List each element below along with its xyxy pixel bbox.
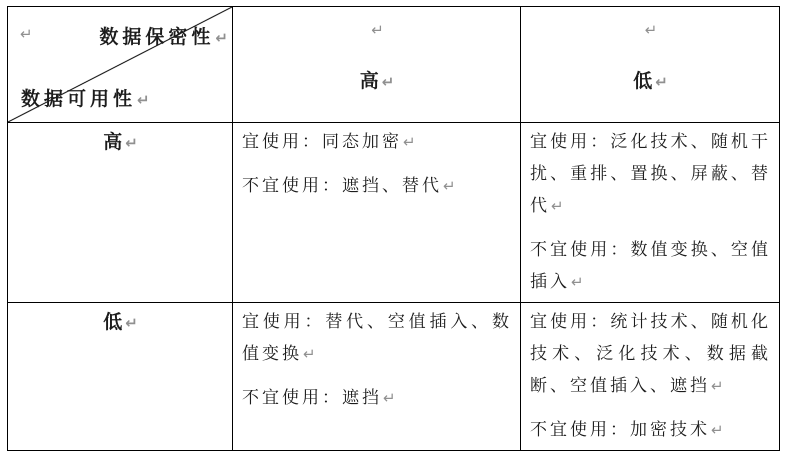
cell-avail-low-conf-low: 宜使用：统计技术、随机化技术、泛化技术、数据截断、空值插入、遮挡↵ 不宜使用：加… — [521, 303, 780, 451]
column-header-high: ↵ 高↵ — [233, 7, 521, 123]
line-break-mark: ↵ — [442, 177, 456, 195]
line-break-mark: ↵ — [370, 21, 384, 39]
line-break-mark: ↵ — [570, 273, 584, 291]
document-page: ↵ 数据保密性↵ 数据可用性↵ ↵ 高↵ ↵ 低↵ 高↵ 宜使用：同态加密↵ 不… — [0, 0, 785, 455]
line-break-mark: ↵ — [654, 73, 668, 91]
line-break-mark: ↵ — [381, 73, 395, 91]
data-masking-table: ↵ 数据保密性↵ 数据可用性↵ ↵ 高↵ ↵ 低↵ 高↵ 宜使用：同态加密↵ 不… — [7, 6, 780, 451]
header-corner-cell: ↵ 数据保密性↵ 数据可用性↵ — [8, 7, 233, 123]
column-axis-label: 数据保密性 — [99, 27, 214, 48]
paragraph-text: 宜使用：同态加密 — [242, 132, 402, 151]
line-break-mark: ↵ — [19, 25, 33, 43]
row-header-high-label: 高↵ — [17, 131, 224, 155]
row-axis-label: 数据可用性 — [21, 89, 136, 110]
header-text: 高 — [360, 71, 381, 92]
line-break-mark: ↵ — [550, 197, 564, 215]
cell-avail-high-conf-high: 宜使用：同态加密↵ 不宜使用：遮挡、替代↵ — [233, 123, 521, 303]
line-break-mark: ↵ — [382, 389, 396, 407]
cell-avail-high-conf-low: 宜使用：泛化技术、随机干扰、重排、置换、屏蔽、替代↵ 不宜使用：数值变换、空值插… — [521, 123, 780, 303]
row-axis-title: 数据可用性↵ — [21, 84, 150, 111]
row-header-low-label: 低↵ — [17, 311, 224, 335]
cell-paragraph: 宜使用：统计技术、随机化技术、泛化技术、数据截断、空值插入、遮挡↵ — [530, 306, 771, 402]
empty-paragraph: ↵ — [242, 21, 512, 71]
cell-paragraph: 不宜使用：遮挡↵ — [242, 382, 512, 414]
cell-paragraph: 宜使用：替代、空值插入、数值变换↵ — [242, 306, 512, 370]
empty-paragraph: ↵ — [530, 21, 771, 71]
line-break-mark: ↵ — [710, 421, 724, 439]
paragraph-text: 不宜使用：遮挡 — [242, 388, 382, 407]
line-break-mark: ↵ — [302, 345, 316, 363]
paragraph-text: 宜使用：统计技术、随机化技术、泛化技术、数据截断、空值插入、遮挡 — [530, 312, 771, 395]
cell-paragraph: 宜使用：同态加密↵ — [242, 126, 512, 158]
cell-paragraph: 不宜使用：加密技术↵ — [530, 414, 771, 446]
header-text: 高 — [103, 132, 124, 153]
row-header-low: 低↵ — [8, 303, 233, 451]
line-break-mark: ↵ — [214, 29, 228, 47]
column-axis-title: 数据保密性↵ — [99, 22, 228, 49]
line-break-mark: ↵ — [402, 133, 416, 151]
column-header-low-label: 低↵ — [530, 71, 771, 93]
line-break-mark: ↵ — [644, 21, 658, 39]
paragraph-text: 不宜使用：加密技术 — [530, 420, 710, 439]
cell-paragraph: 不宜使用：遮挡、替代↵ — [242, 170, 512, 202]
line-break-mark: ↵ — [124, 314, 138, 332]
header-text: 低 — [103, 312, 124, 333]
paragraph-text: 不宜使用：数值变换、空值插入 — [530, 240, 771, 291]
header-text: 低 — [633, 71, 654, 92]
cell-paragraph: 宜使用：泛化技术、随机干扰、重排、置换、屏蔽、替代↵ — [530, 126, 771, 222]
cell-avail-low-conf-high: 宜使用：替代、空值插入、数值变换↵ 不宜使用：遮挡↵ — [233, 303, 521, 451]
paragraph-text: 宜使用：泛化技术、随机干扰、重排、置换、屏蔽、替代 — [530, 132, 771, 215]
line-break-mark: ↵ — [136, 91, 150, 109]
cell-paragraph: 不宜使用：数值变换、空值插入↵ — [530, 234, 771, 298]
column-header-high-label: 高↵ — [242, 71, 512, 93]
line-break-mark: ↵ — [124, 134, 138, 152]
paragraph-text: 不宜使用：遮挡、替代 — [242, 176, 442, 195]
column-header-low: ↵ 低↵ — [521, 7, 780, 123]
line-break-mark: ↵ — [710, 377, 724, 395]
paragraph-text: 宜使用：替代、空值插入、数值变换 — [242, 312, 512, 363]
row-header-high: 高↵ — [8, 123, 233, 303]
